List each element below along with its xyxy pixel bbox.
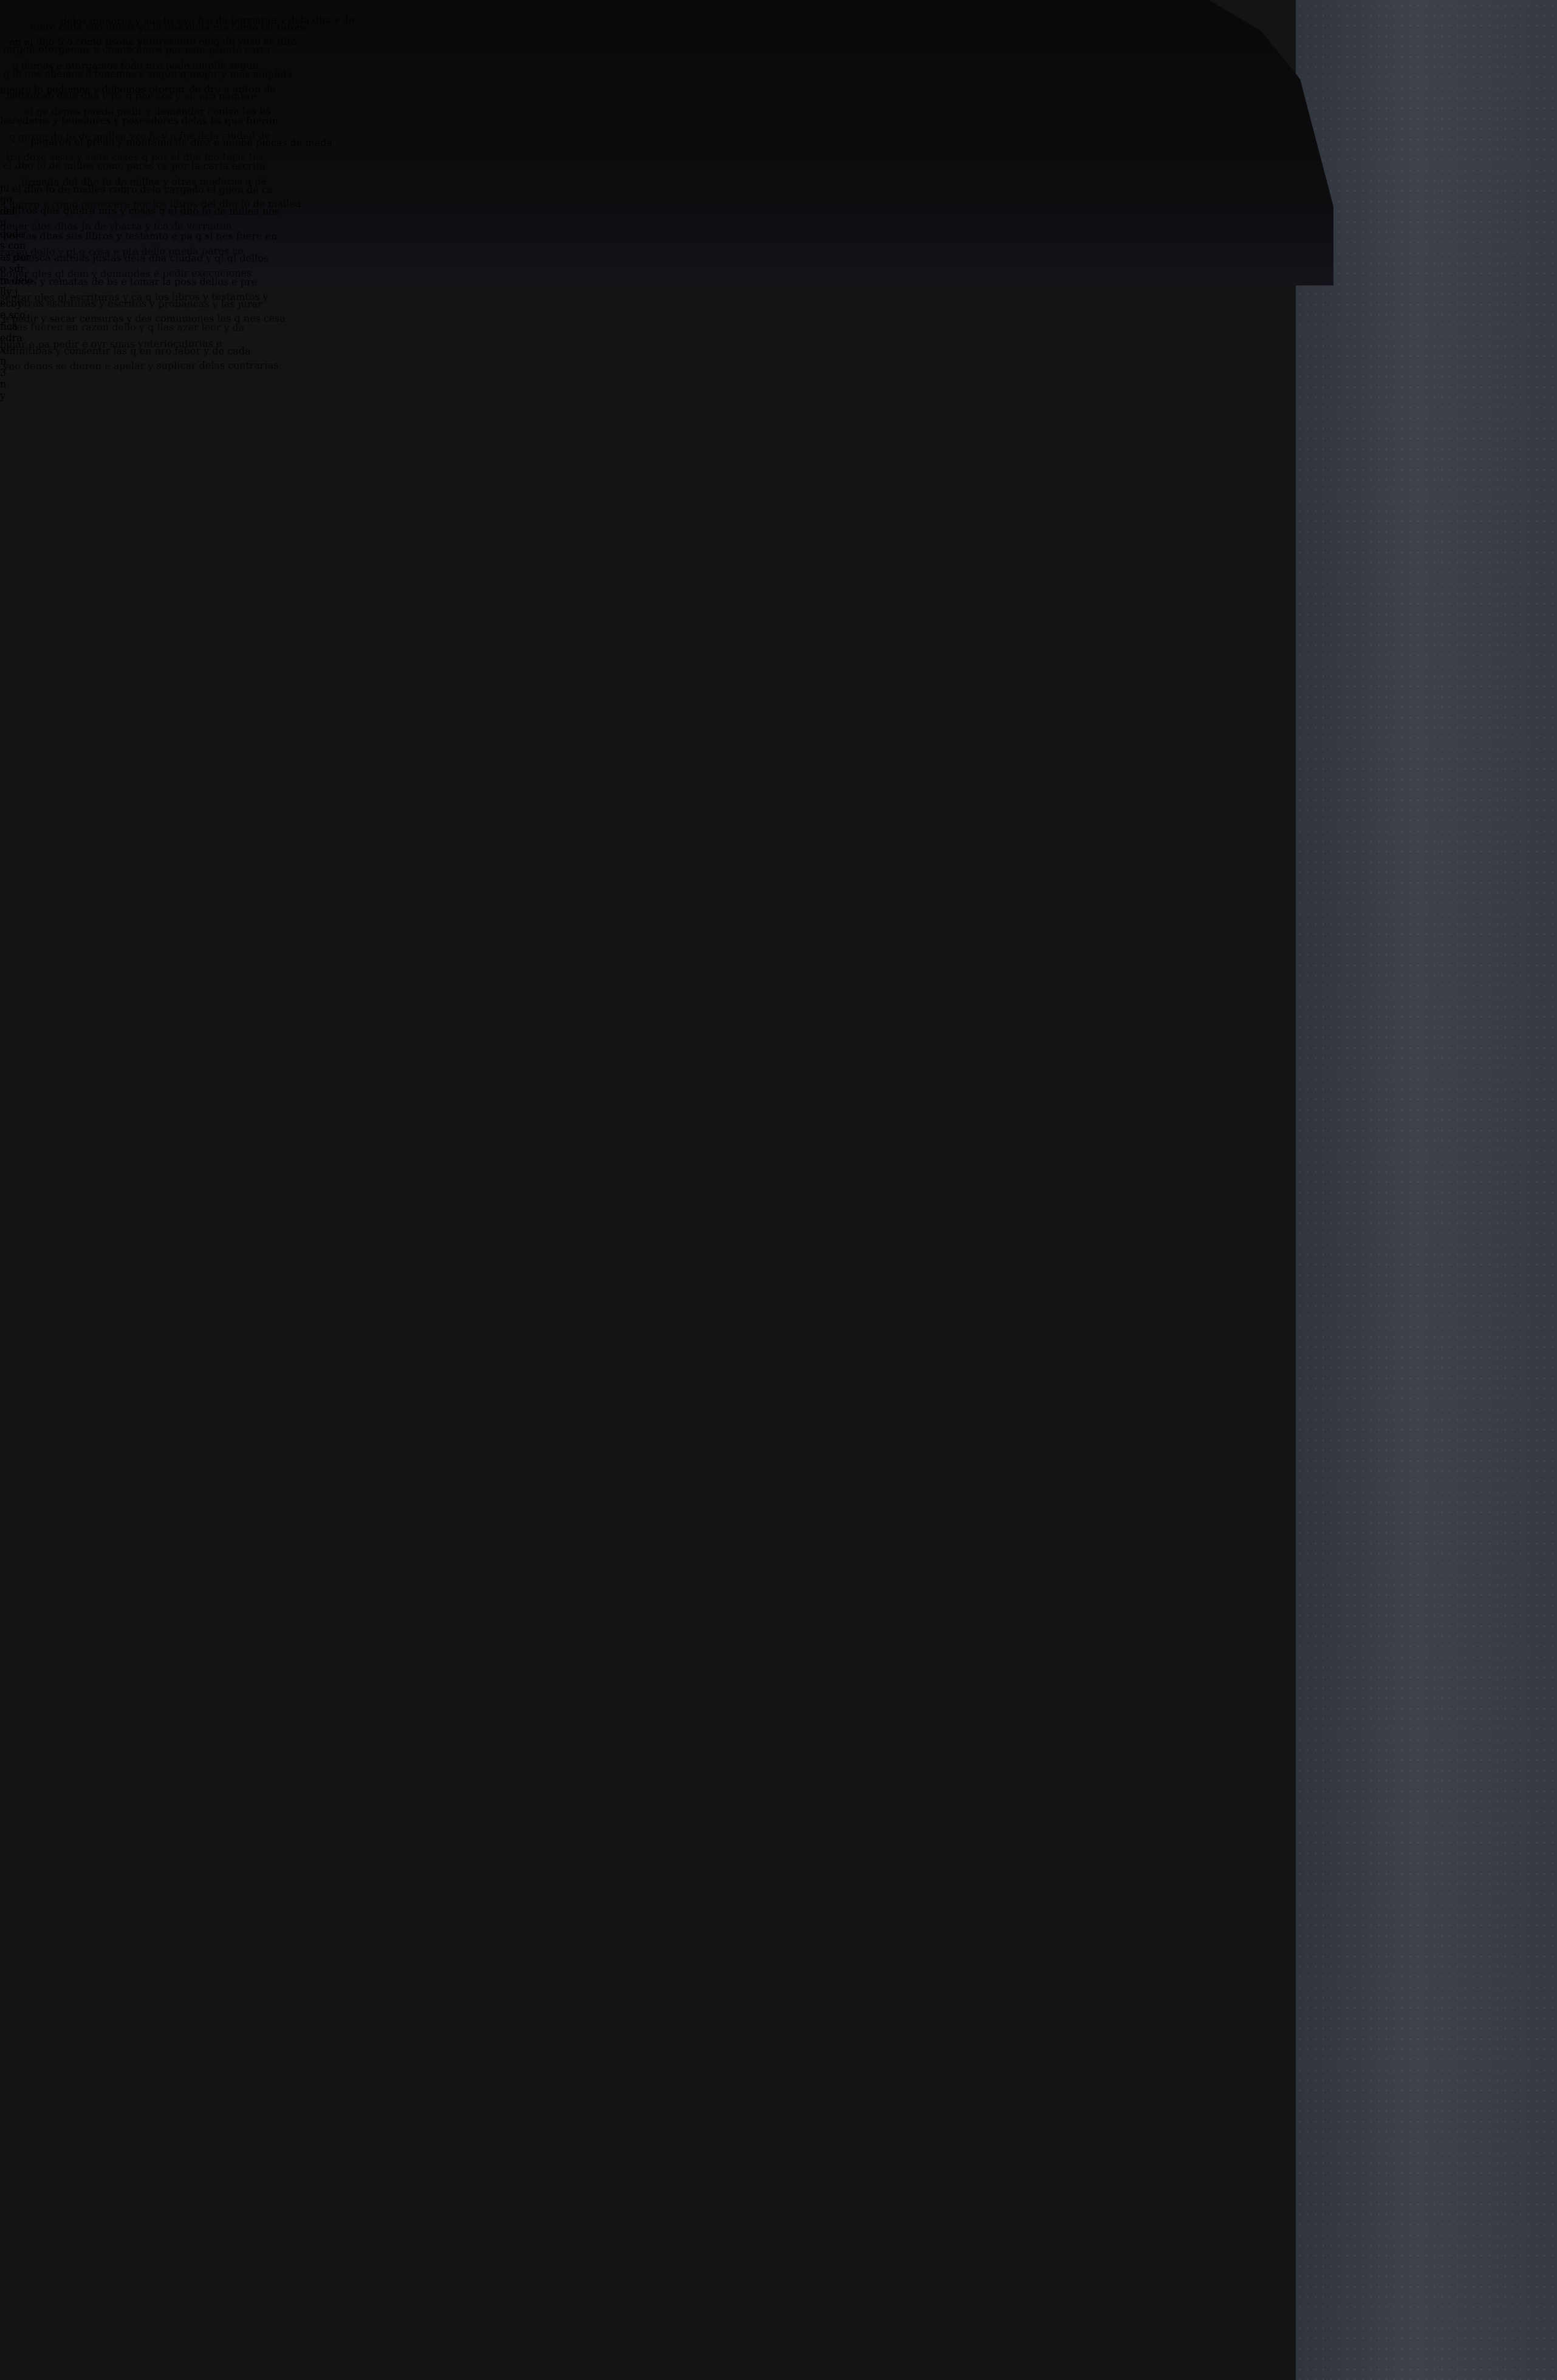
manuscript-text: delos menores y sus bs eyo fco de berria…	[0, 12, 1557, 369]
facing-page-edge: jugodeludodas conas doro sdrm delolly je…	[0, 182, 119, 2198]
facing-page-fragment: n	[0, 378, 119, 390]
manuscript-photo: jugodeludodas conas doro sdrm delolly je…	[0, 0, 1557, 2380]
facing-page-fragment: y	[0, 390, 119, 401]
